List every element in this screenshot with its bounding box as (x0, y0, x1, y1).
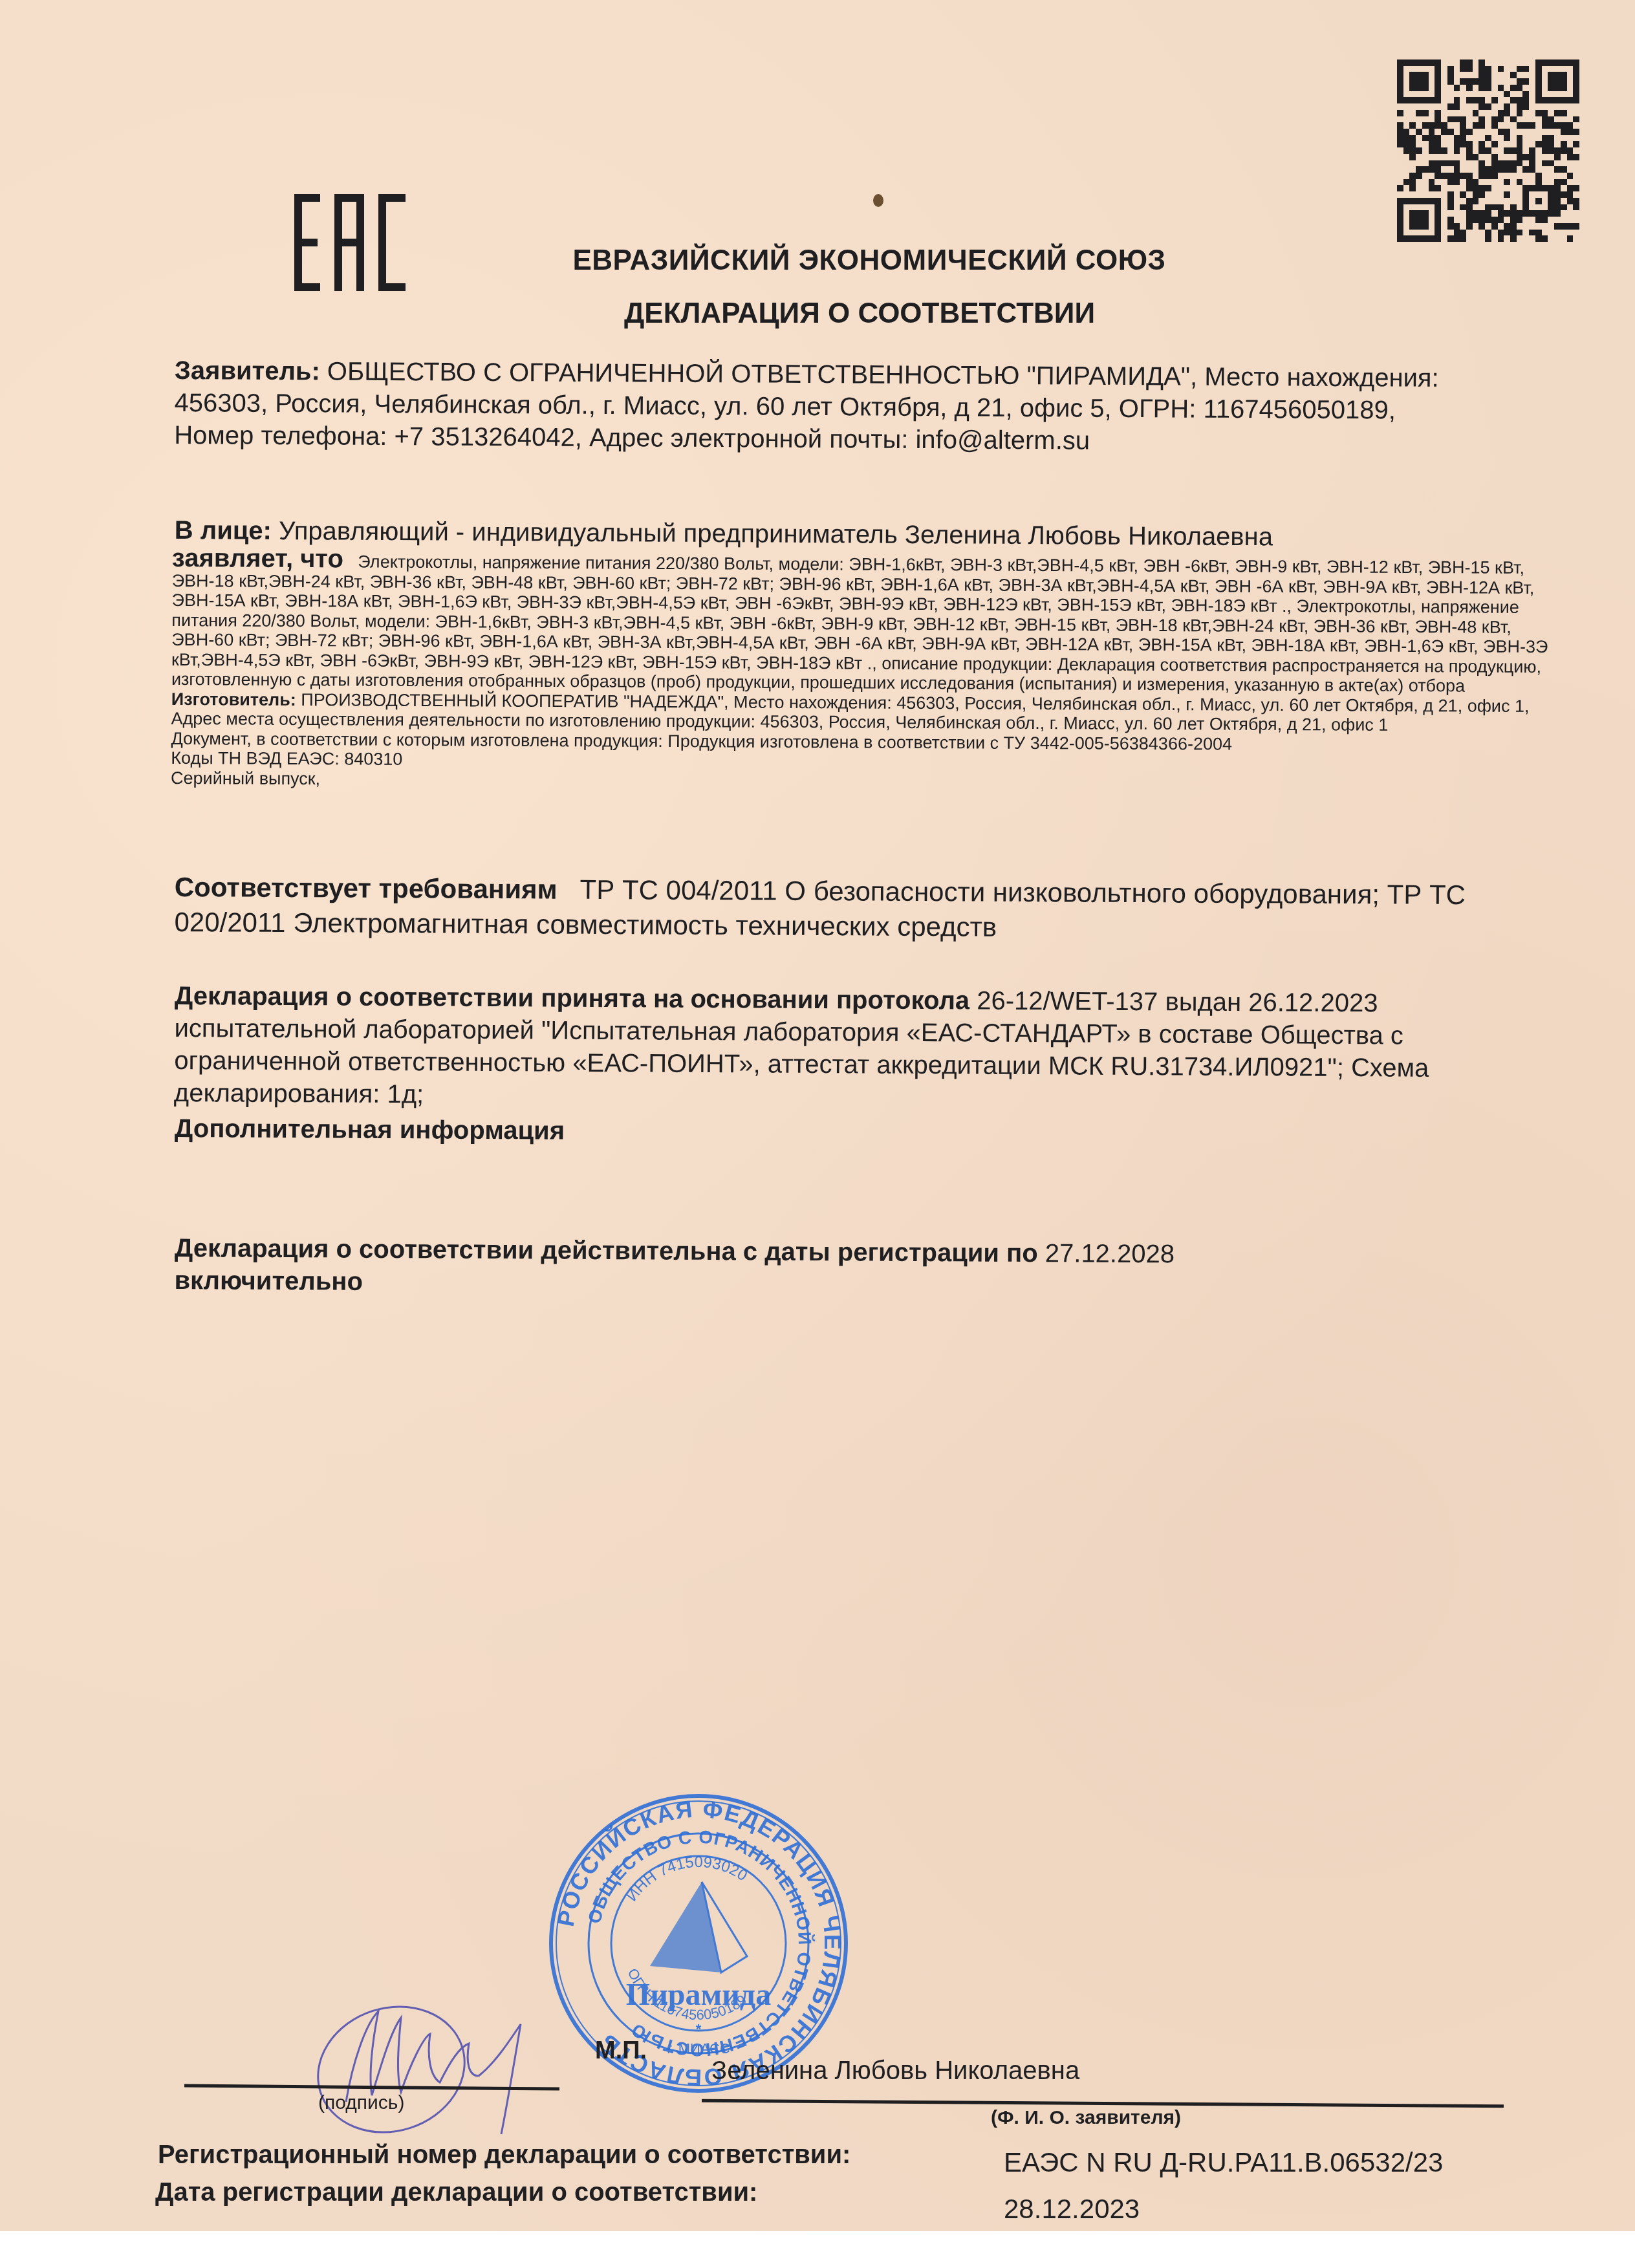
protocol-section: Декларация о соответствии принята на осн… (174, 980, 1533, 1118)
conforms-section: Соответствует требованиям ТР ТС 004/2011… (174, 870, 1565, 948)
validity-suffix: включительно (174, 1266, 363, 1296)
company-stamp: РОССИЙСКАЯ ФЕДЕРАЦИЯ ЧЕЛЯБИНСКАЯ ОБЛАСТЬ… (547, 1791, 850, 2095)
person-text: Управляющий - индивидуальный предпринима… (279, 517, 1273, 551)
conforms-label: Соответствует требованиям (175, 872, 558, 905)
svg-text:Пирамида: Пирамида (626, 1978, 771, 2012)
qr-code-icon[interactable] (1397, 59, 1579, 242)
registration-number-label: Регистрационный номер декларации о соотв… (158, 2141, 850, 2170)
applicant-full-name: Зеленина Любовь Николаевна (711, 2057, 1079, 2086)
release-type: Серийный выпуск, (171, 768, 320, 788)
svg-text:*: * (696, 2021, 702, 2037)
person-label: В лице: (175, 516, 272, 545)
union-title: ЕВРАЗИЙСКИЙ ЭКОНОМИЧЕСКИЙ СОЮЗ (0, 244, 1635, 277)
applicant-label: Заявитель: (175, 356, 320, 385)
full-name-caption: (Ф. И. О. заявителя) (991, 2107, 1181, 2129)
signature-caption: (подпись) (318, 2092, 404, 2114)
svg-text:г. МИАСС: г. МИАСС (667, 2040, 730, 2057)
paper-speck (873, 194, 883, 207)
document-title: ДЕКЛАРАЦИЯ О СООТВЕТСТВИИ (0, 297, 1635, 330)
manufacturer-text: ПРОИЗВОДСТВЕННЫЙ КООПЕРАТИВ "НАДЕЖДА", М… (171, 690, 1530, 735)
applicant-text: ОБЩЕСТВО С ОГРАНИЧЕННОЙ ОТВЕТСТВЕННОСТЬЮ… (174, 357, 1439, 455)
registration-date-label: Дата регистрации декларации о соответств… (155, 2178, 757, 2207)
protocol-label: Декларация о соответствии принята на осн… (175, 982, 970, 1015)
registration-date: 28.12.2023 (1004, 2194, 1140, 2225)
declares-section: заявляет, что Электрокотлы, напряжение п… (171, 548, 1559, 795)
handwritten-signature (294, 1985, 553, 2141)
declares-label: заявляет, что (172, 544, 343, 573)
product-description: Электрокотлы, напряжение питания 220/380… (171, 552, 1548, 696)
tn-ved-codes: Коды ТН ВЭД ЕАЭС: 840310 (171, 748, 402, 769)
stamp-place-label: М.П. (595, 2037, 647, 2065)
validity-date: 27.12.2028 (1045, 1239, 1175, 1268)
validity-section: Декларация о соответствии действительна … (174, 1232, 1468, 1304)
validity-label: Декларация о соответствии действительна … (175, 1234, 1038, 1268)
registration-number: ЕАЭС N RU Д-RU.PA11.B.06532/23 (1004, 2147, 1443, 2178)
manufacturer-label: Изготовитель: (171, 689, 296, 709)
applicant-section: Заявитель: ОБЩЕСТВО С ОГРАНИЧЕННОЙ ОТВЕТ… (174, 354, 1468, 459)
